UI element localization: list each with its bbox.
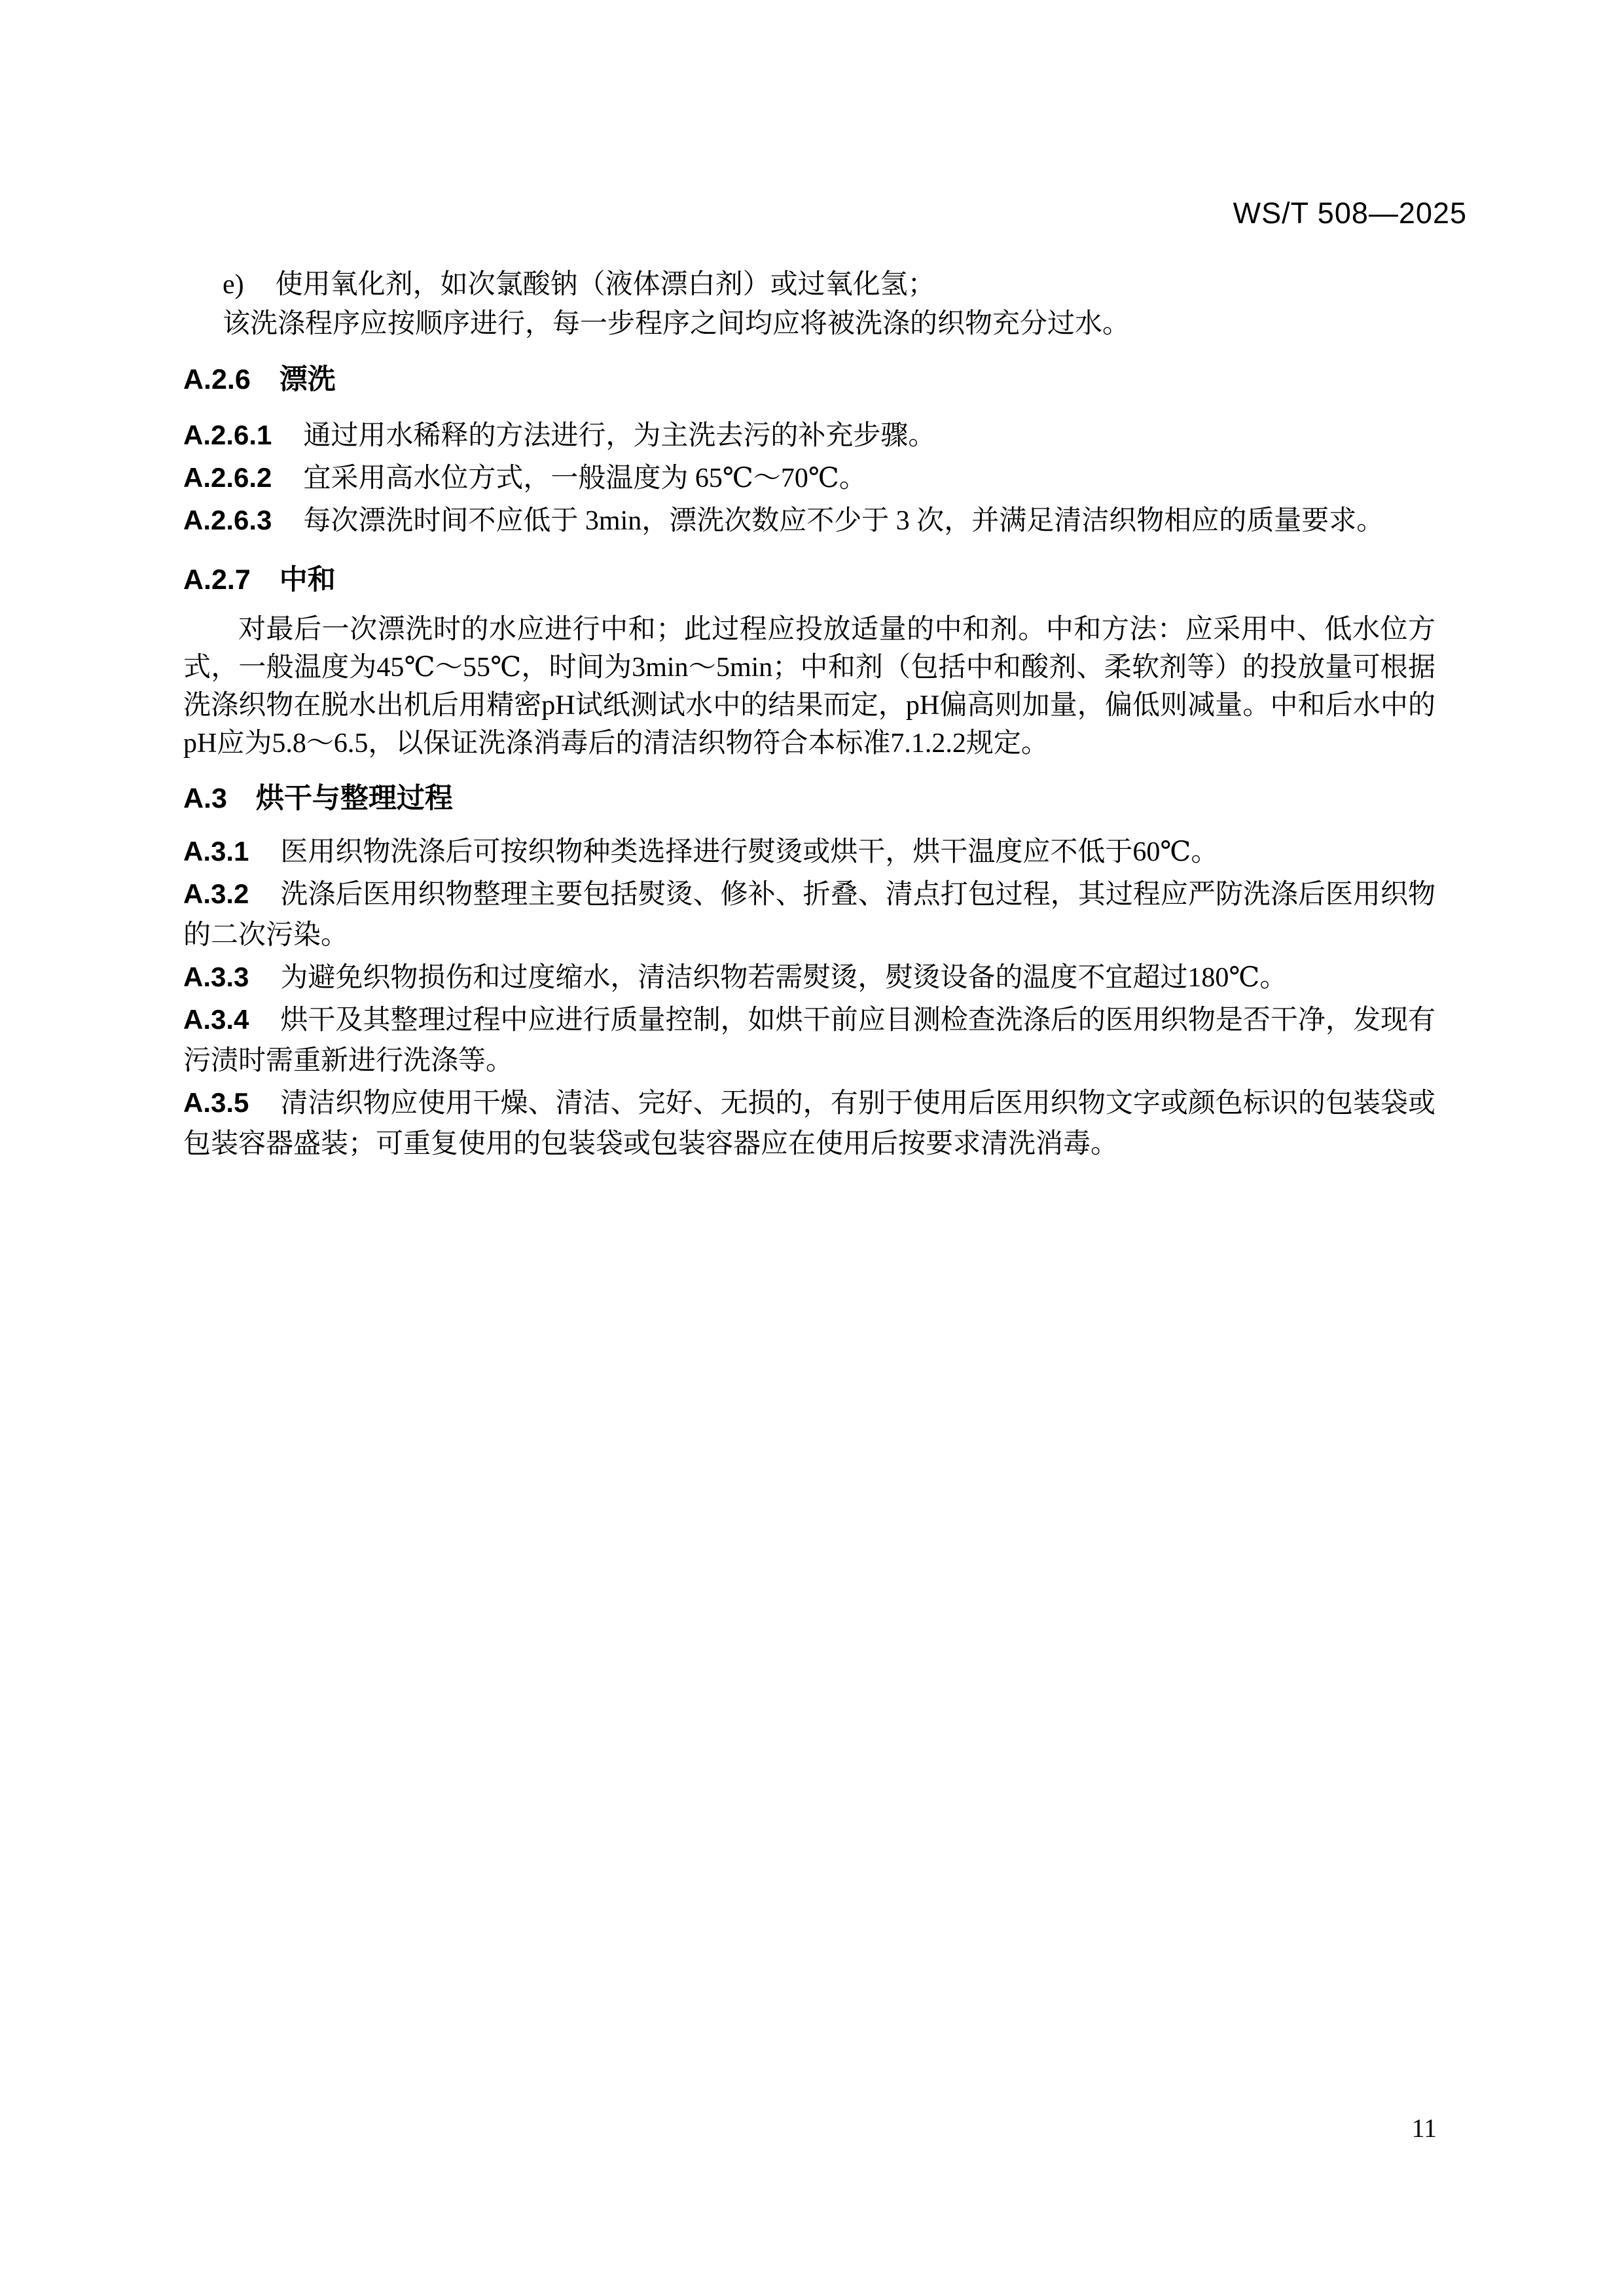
clause-text: 宜采用高水位方式，一般温度为 65℃～70℃。: [303, 463, 866, 493]
clause-a3-3: A.3.3为避免织物损伤和过度缩水，清洁织物若需熨烫，熨烫设备的温度不宜超过18…: [183, 957, 1435, 998]
clause-number: A.3.4: [183, 999, 249, 1040]
paragraph-a2-7: 对最后一次漂洗时的水应进行中和；此过程应投放适量的中和剂。中和方法：应采用中、低…: [183, 611, 1435, 762]
clause-number: A.2.6.1: [183, 414, 272, 456]
clause-a2-6-3: A.2.6.3每次漂洗时间不应低于 3min，漂洗次数应不少于 3 次，并满足清…: [183, 499, 1435, 542]
clause-text: 每次漂洗时间不应低于 3min，漂洗次数应不少于 3 次，并满足清洁织物相应的质…: [303, 506, 1384, 536]
clause-a3-4: A.3.4烘干及其整理过程中应进行质量控制，如烘干前应目测检查洗涤后的医用织物是…: [183, 999, 1435, 1081]
section-heading-a2-6: A.2.6漂洗: [183, 360, 1435, 399]
clause-number: A.3.1: [183, 831, 249, 872]
clause-text: 通过用水稀释的方法进行，为主洗去污的补充步骤。: [303, 421, 935, 451]
section-number: A.3: [183, 779, 227, 818]
list-note: 该洗涤程序应按顺序进行，每一步程序之间均应将被洗涤的织物充分过水。: [223, 304, 1435, 344]
clause-number: A.2.6.3: [183, 499, 272, 541]
document-page: WS/T 508—2025 e)使用氧化剂，如次氯酸钠（液体漂白剂）或过氧化氢；…: [0, 0, 1624, 2296]
clause-a3-2: A.3.2洗涤后医用织物整理主要包括熨烫、修补、折叠、清点打包过程，其过程应严防…: [183, 874, 1435, 956]
page-content: e)使用氧化剂，如次氯酸钠（液体漂白剂）或过氧化氢； 该洗涤程序应按顺序进行，每…: [183, 265, 1435, 1166]
doc-code: WS/T 508—2025: [1233, 196, 1467, 230]
list-item-marker: e): [223, 265, 244, 304]
clause-text: 医用织物洗涤后可按织物种类选择进行熨烫或烘干，烘干温度应不低于60℃。: [280, 837, 1218, 867]
clause-number: A.3.3: [183, 957, 249, 997]
list-item-line: e)使用氧化剂，如次氯酸钠（液体漂白剂）或过氧化氢；: [223, 265, 1435, 304]
section-heading-a2-7: A.2.7中和: [183, 560, 1435, 600]
list-item-e: e)使用氧化剂，如次氯酸钠（液体漂白剂）或过氧化氢； 该洗涤程序应按顺序进行，每…: [183, 265, 1435, 344]
clause-number: A.2.6.2: [183, 457, 272, 499]
clause-text: 为避免织物损伤和过度缩水，清洁织物若需熨烫，熨烫设备的温度不宜超过180℃。: [280, 963, 1287, 993]
clause-a3-5: A.3.5清洁织物应使用干燥、清洁、完好、无损的，有别于使用后医用织物文字或颜色…: [183, 1083, 1435, 1164]
clause-group-a3: A.3.1医用织物洗涤后可按织物种类选择进行熨烫或烘干，烘干温度应不低于60℃。…: [183, 831, 1435, 1164]
section-title: 烘干与整理过程: [256, 783, 453, 814]
clause-text: 烘干及其整理过程中应进行质量控制，如烘干前应目测检查洗涤后的医用织物是否干净，发…: [183, 1005, 1435, 1076]
clause-a3-1: A.3.1医用织物洗涤后可按织物种类选择进行熨烫或烘干，烘干温度应不低于60℃。: [183, 831, 1435, 872]
list-item-text: 使用氧化剂，如次氯酸钠（液体漂白剂）或过氧化氢；: [276, 270, 935, 300]
section-title: 漂洗: [280, 364, 336, 395]
section-heading-a3: A.3烘干与整理过程: [183, 779, 1435, 818]
clause-a2-6-1: A.2.6.1通过用水稀释的方法进行，为主洗去污的补充步骤。: [183, 414, 1435, 457]
clause-text: 洗涤后医用织物整理主要包括熨烫、修补、折叠、清点打包过程，其过程应严防洗涤后医用…: [183, 880, 1435, 950]
running-header: WS/T 508—2025: [1233, 196, 1467, 230]
clause-text: 清洁织物应使用干燥、清洁、完好、无损的，有别于使用后医用织物文字或颜色标识的包装…: [183, 1088, 1435, 1159]
clause-group-a2-6: A.2.6.1通过用水稀释的方法进行，为主洗去污的补充步骤。 A.2.6.2宜采…: [183, 414, 1435, 542]
clause-number: A.3.2: [183, 874, 249, 914]
clause-a2-6-2: A.2.6.2宜采用高水位方式，一般温度为 65℃～70℃。: [183, 457, 1435, 499]
page-number: 11: [1411, 2113, 1437, 2143]
section-number: A.2.7: [183, 560, 251, 600]
section-title: 中和: [280, 564, 336, 596]
page-footer: 11: [1411, 2113, 1437, 2144]
clause-number: A.3.5: [183, 1083, 249, 1123]
section-number: A.2.6: [183, 360, 251, 399]
